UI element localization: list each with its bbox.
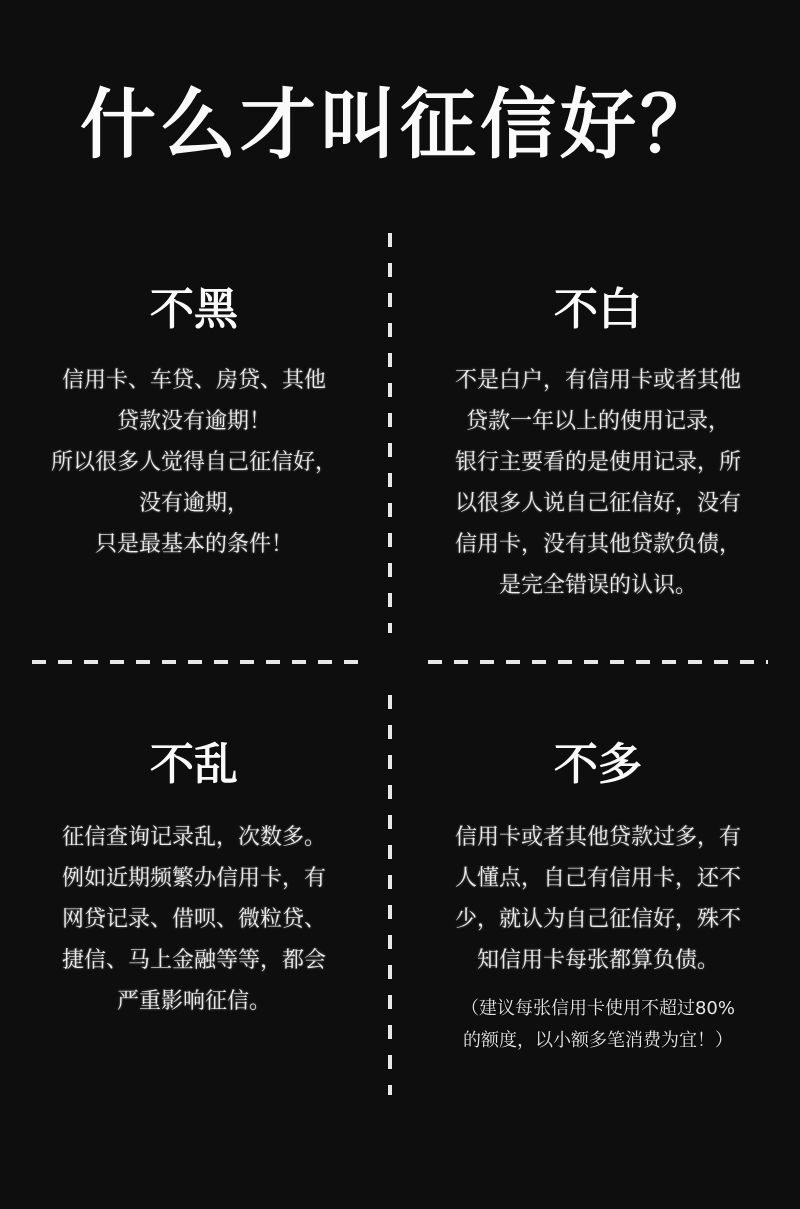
quadrant-not-chaotic: 不乱 征信查询记录乱，次数多。 例如近期频繁办信用卡，有 网贷记录、借呗、微粒贷… (4, 735, 384, 1022)
quadrant-heading: 不白 (408, 280, 788, 340)
text-line: 以很多人说自己征信好，没有 (408, 483, 788, 524)
quadrant-not-black: 不黑 信用卡、车贷、房贷、其他 贷款没有逾期！ 所以很多人觉得自己征信好， 没有… (4, 280, 384, 565)
text-line: 不是白户，有信用卡或者其他 (408, 360, 788, 401)
text-line: 贷款一年以上的使用记录， (408, 401, 788, 442)
text-line: 例如近期频繁办信用卡，有 (4, 858, 384, 899)
text-line: 捷信、马上金融等等，都会 (4, 940, 384, 981)
note-line: （建议每张信用卡使用不超过80% (408, 993, 788, 1025)
text-line: 银行主要看的是使用记录，所 (408, 442, 788, 483)
text-line: 是完全错误的认识。 (408, 565, 788, 606)
text-line: 知信用卡每张都算负债。 (408, 940, 788, 981)
text-line: 信用卡，没有其他贷款负债， (408, 524, 788, 565)
text-line: 人懂点，自己有信用卡，还不 (408, 858, 788, 899)
text-line: 信用卡或者其他贷款过多，有 (408, 817, 788, 858)
text-line: 只是最基本的条件！ (4, 524, 384, 565)
vertical-divider-bottom (388, 695, 392, 1095)
text-line: 没有逾期， (4, 483, 384, 524)
text-line: 少，就认为自己征信好，殊不 (408, 899, 788, 940)
page-title: 什么才叫征信好？ (0, 70, 800, 180)
quadrant-heading: 不多 (408, 735, 788, 795)
vertical-divider-top (388, 233, 392, 633)
text-line: 贷款没有逾期！ (4, 401, 384, 442)
advice-note: （建议每张信用卡使用不超过80% 的额度，以小额多笔消费为宜！） (408, 993, 788, 1057)
text-line: 网贷记录、借呗、微粒贷、 (4, 899, 384, 940)
text-line: 征信查询记录乱，次数多。 (4, 817, 384, 858)
quadrant-heading: 不乱 (4, 735, 384, 795)
horizontal-divider-right (428, 660, 768, 664)
quadrant-not-too-many: 不多 信用卡或者其他贷款过多，有 人懂点，自己有信用卡，还不 少，就认为自己征信… (408, 735, 788, 1057)
text-line: 信用卡、车贷、房贷、其他 (4, 360, 384, 401)
text-line: 严重影响征信。 (4, 981, 384, 1022)
horizontal-divider-left (32, 660, 358, 664)
quadrant-heading: 不黑 (4, 280, 384, 340)
text-line: 所以很多人觉得自己征信好， (4, 442, 384, 483)
quadrant-not-white: 不白 不是白户，有信用卡或者其他 贷款一年以上的使用记录， 银行主要看的是使用记… (408, 280, 788, 606)
note-line: 的额度，以小额多笔消费为宜！） (408, 1025, 788, 1057)
